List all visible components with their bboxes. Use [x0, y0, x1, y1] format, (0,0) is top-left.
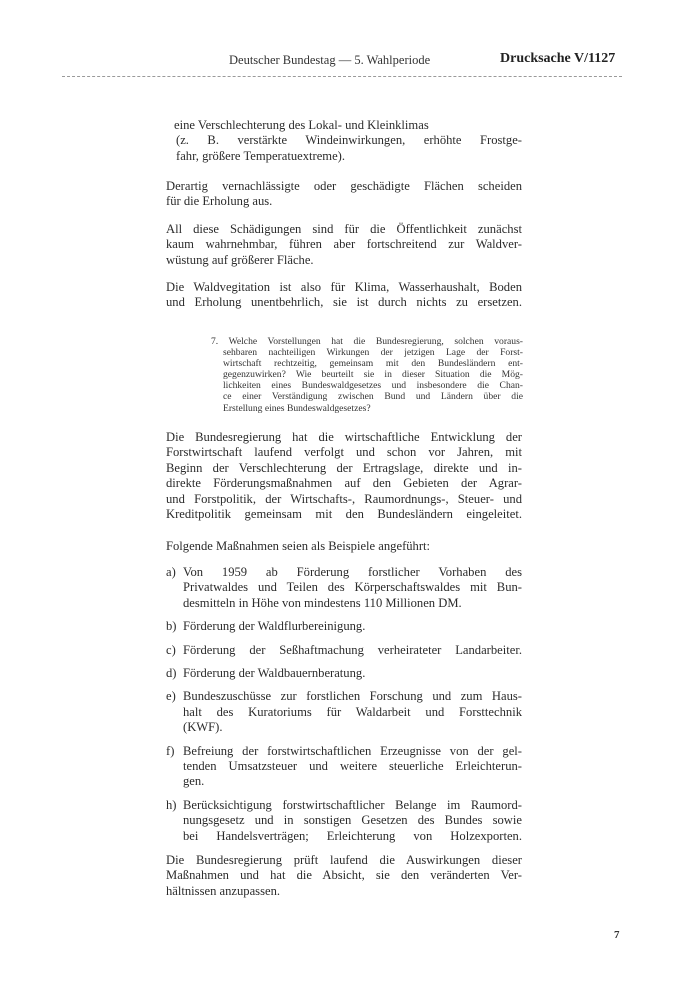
- item-line: Bundeszuschüsse zur forstlichen Forschun…: [183, 689, 522, 704]
- paragraph: All diese Schädigungen sind für die Öffe…: [166, 222, 522, 268]
- text-line: kaum wahrnehmbar, führen aber fortschrei…: [166, 237, 522, 252]
- item-line: gen.: [183, 774, 522, 789]
- page-number: 7: [614, 929, 620, 941]
- text-line: Derartig vernachlässigte oder geschädigt…: [166, 179, 522, 194]
- text-line: Die Bundesregierung hat die wirtschaftli…: [166, 430, 522, 445]
- text-line: Beginn der Verschlechterung der Ertragsl…: [166, 461, 522, 476]
- list-item-f: f) Befreiung der forstwirtschaftlichen E…: [166, 744, 522, 790]
- text-line: direkte Förderungsmaßnahmen auf den Gebi…: [166, 476, 522, 491]
- question-line: Erstellung eines Bundeswaldgesetzes?: [211, 403, 523, 414]
- text-line: Die Bundesregierung prüft laufend die Au…: [166, 853, 522, 868]
- intro-line: eine Verschlechterung des Lokal- und Kle…: [174, 118, 522, 133]
- intro-continuation: eine Verschlechterung des Lokal- und Kle…: [174, 118, 522, 164]
- list-item-d: d) Förderung der Waldbauernberatung.: [166, 666, 522, 681]
- header-divider: [62, 76, 622, 77]
- text-line: und Erholung unentbehrlich, sie ist durc…: [166, 295, 522, 310]
- item-line: tenden Umsatzsteuer und weitere steuerli…: [183, 759, 522, 774]
- question-line: lichkeiten eines Bundeswaldgesetzes und …: [211, 380, 523, 391]
- item-label: b): [166, 619, 177, 634]
- item-line: Befreiung der forstwirtschaftlichen Erze…: [183, 744, 522, 759]
- item-label: h): [166, 798, 177, 813]
- item-line: Berücksichtigung forstwirtschaftlicher B…: [183, 798, 522, 813]
- question-line: sehbaren nachteiligen Wirkungen der jetz…: [211, 347, 523, 358]
- item-line: bei Handelsverträgen; Erleichterung von …: [183, 829, 522, 844]
- item-label: d): [166, 666, 177, 681]
- text-line: Forstwirtschaft laufend verfolgt und sch…: [166, 445, 522, 460]
- item-label: f): [166, 744, 174, 759]
- item-line: nungsgesetz und in sonstigen Gesetzen de…: [183, 813, 522, 828]
- list-item-h: h) Berücksichtigung forstwirtschaftliche…: [166, 798, 522, 844]
- question-7: 7. Welche Vorstellungen hat die Bundesre…: [211, 336, 523, 414]
- item-line: Privatwaldes und Teilen des Körperschaft…: [183, 580, 522, 595]
- intro-line: fahr, größere Temperatuextreme).: [174, 149, 522, 164]
- answer-paragraph: Die Bundesregierung hat die wirtschaftli…: [166, 430, 522, 522]
- text-line: hältnissen anzupassen.: [166, 884, 522, 899]
- intro-line: (z. B. verstärkte Windeinwirkungen, erhö…: [174, 133, 522, 148]
- item-line: Förderung der Seßhaftmachung verheiratet…: [183, 643, 522, 658]
- closing-paragraph: Die Bundesregierung prüft laufend die Au…: [166, 853, 522, 899]
- text-line: und Forstpolitik, der Wirtschafts-, Raum…: [166, 492, 522, 507]
- list-item-a: a) Von 1959 ab Förderung forstlicher Vor…: [166, 565, 522, 611]
- item-line: Von 1959 ab Förderung forstlicher Vorhab…: [183, 565, 522, 580]
- text-line: All diese Schädigungen sind für die Öffe…: [166, 222, 522, 237]
- question-line: 7. Welche Vorstellungen hat die Bundesre…: [211, 336, 523, 347]
- item-label: e): [166, 689, 176, 704]
- list-intro: Folgende Maßnahmen seien als Beispiele a…: [166, 539, 522, 554]
- paragraph: Derartig vernachlässigte oder geschädigt…: [166, 179, 522, 210]
- text-line: Maßnahmen und hat die Absicht, sie den v…: [166, 868, 522, 883]
- paragraph: Die Waldvegitation ist also für Klima, W…: [166, 280, 522, 311]
- item-line: halt des Kuratoriums für Waldarbeit und …: [183, 705, 522, 720]
- list-item-b: b) Förderung der Waldflurbereinigung.: [166, 619, 522, 634]
- list-item-e: e) Bundeszuschüsse zur forstlichen Forsc…: [166, 689, 522, 735]
- measures-list: a) Von 1959 ab Förderung forstlicher Vor…: [166, 565, 522, 844]
- document-number: Drucksache V/1127: [500, 51, 615, 67]
- question-line: gegenzuwirken? Wie beurteilt sie in dies…: [211, 369, 523, 380]
- text-line: wüstung auf größerer Fläche.: [166, 253, 522, 268]
- text-line: Die Waldvegitation ist also für Klima, W…: [166, 280, 522, 295]
- question-line: ce einer Verständigung zwischen Bund und…: [211, 391, 523, 402]
- list-item-c: c) Förderung der Seßhaftmachung verheira…: [166, 643, 522, 658]
- question-line: wirtschaft rechtzeitig, gemeinsam mit de…: [211, 358, 523, 369]
- item-label: c): [166, 643, 176, 658]
- item-line: Förderung der Waldflurbereinigung.: [183, 619, 522, 634]
- item-line: desmitteln in Höhe von mindestens 110 Mi…: [183, 596, 522, 611]
- text-line: Kreditpolitik gemeinsam mit den Bundeslä…: [166, 507, 522, 522]
- header-title: Deutscher Bundestag — 5. Wahlperiode: [229, 53, 430, 68]
- item-line: (KWF).: [183, 720, 522, 735]
- item-label: a): [166, 565, 176, 580]
- text-line: Folgende Maßnahmen seien als Beispiele a…: [166, 539, 522, 554]
- item-line: Förderung der Waldbauernberatung.: [183, 666, 522, 681]
- text-line: für die Erholung aus.: [166, 194, 522, 209]
